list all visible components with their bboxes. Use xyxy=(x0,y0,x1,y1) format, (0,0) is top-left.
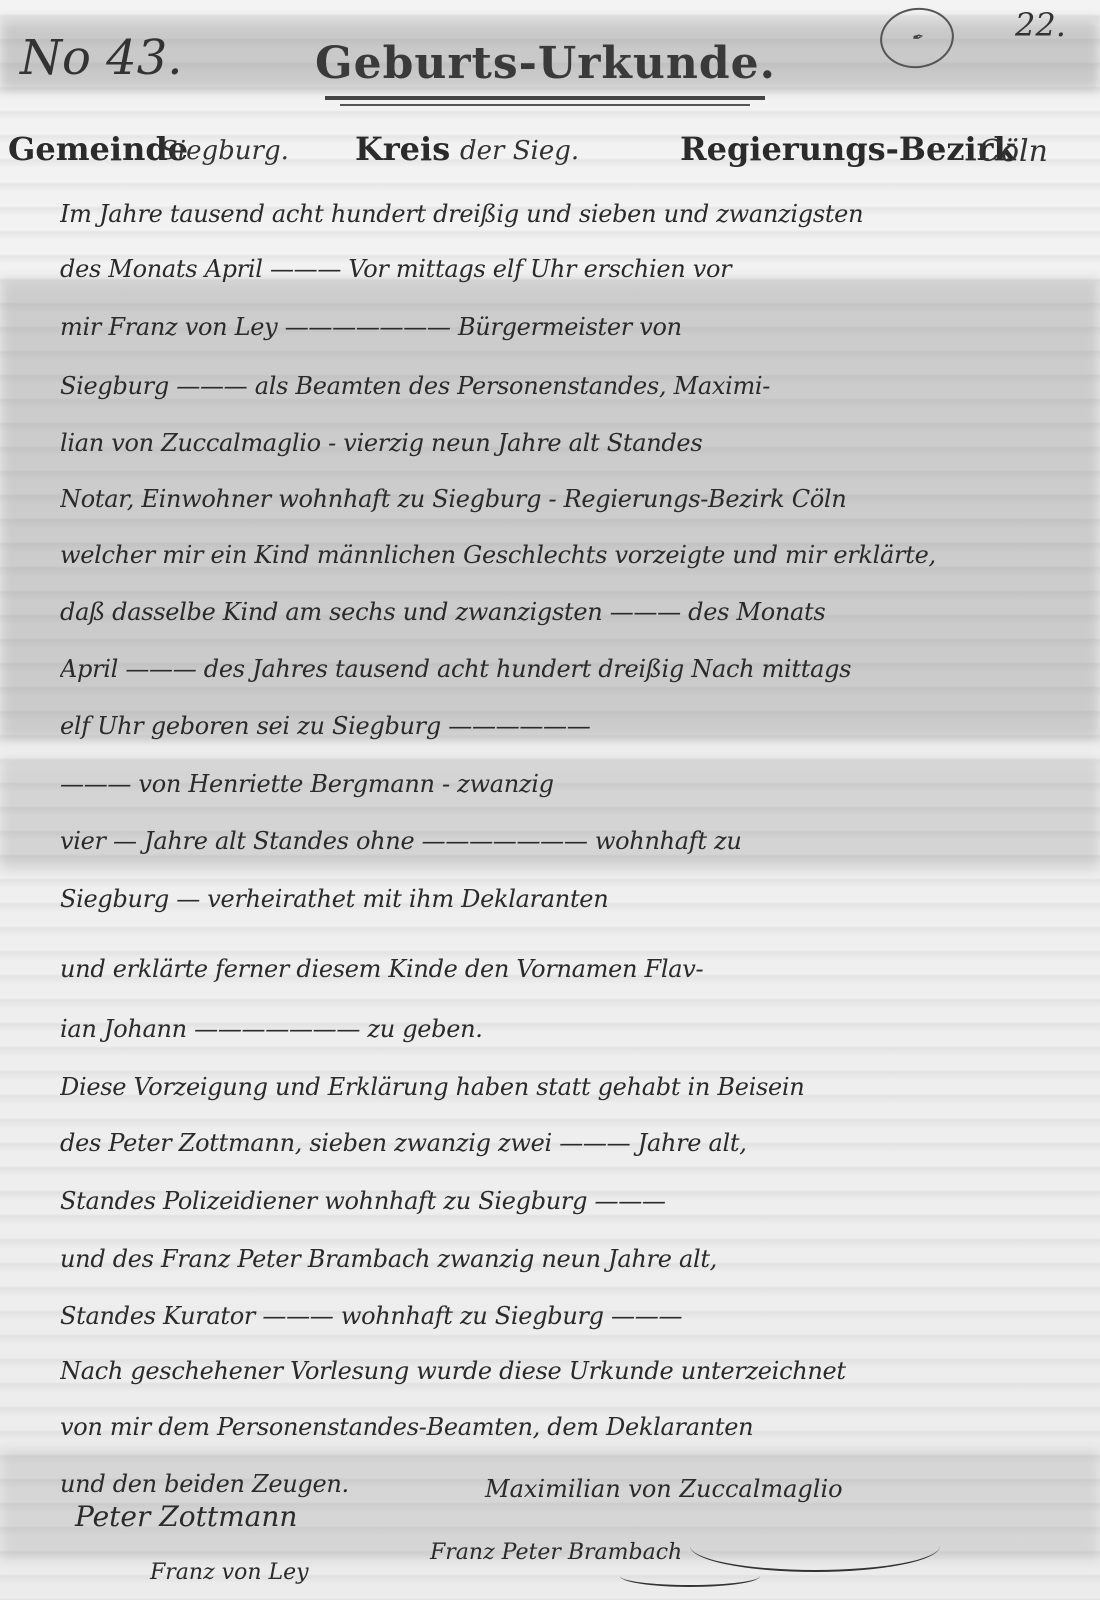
body-line: Diese Vorzeigung und Erklärung haben sta… xyxy=(60,1073,1050,1101)
body-line: Siegburg — verheirathet mit ihm Deklaran… xyxy=(60,885,1050,913)
body-line: lian von Zuccalmaglio - vierzig neun Jah… xyxy=(60,429,1050,457)
kreis-label: Kreis xyxy=(355,130,450,168)
header-fields: Gemeinde Siegburg. Kreis der Sieg. Regie… xyxy=(0,130,1100,190)
signature-declarant: Maximilian von Zuccalmaglio xyxy=(485,1475,843,1503)
birth-certificate-page: No 43. Geburts-Urkunde. ✒ 22. Gemeinde S… xyxy=(0,0,1100,1600)
signature-flourish xyxy=(690,1520,940,1572)
body-line: ——— von Henriette Bergmann - zwanzig xyxy=(60,770,1050,798)
kreis-value: der Sieg. xyxy=(460,136,579,166)
regierungs-bezirk-value: Cöln xyxy=(978,134,1048,169)
body-line: welcher mir ein Kind männlichen Geschlec… xyxy=(60,541,1050,569)
page-number: 22. xyxy=(1015,6,1066,44)
body-line: Nach geschehener Vorlesung wurde diese U… xyxy=(60,1357,1050,1385)
body-line: Notar, Einwohner wohnhaft zu Siegburg - … xyxy=(60,485,1050,513)
body-line: und des Franz Peter Brambach zwanzig neu… xyxy=(60,1245,1050,1273)
signature-witness-1: Peter Zottmann xyxy=(75,1500,297,1533)
signature-witness-2: Franz Peter Brambach xyxy=(430,1540,682,1565)
certificate-number: No 43. xyxy=(20,30,183,86)
body-line: mir Franz von Ley ——————— Bürgermeister … xyxy=(60,313,1050,341)
body-line: Im Jahre tausend acht hundert dreißig un… xyxy=(60,200,1050,228)
body-line: ian Johann ——————— zu geben. xyxy=(60,1015,1050,1043)
body-line: elf Uhr geboren sei zu Siegburg —————— xyxy=(60,712,1050,740)
body-line: Siegburg ——— als Beamten des Personensta… xyxy=(60,372,1050,400)
body-line: Standes Polizeidiener wohnhaft zu Siegbu… xyxy=(60,1187,1050,1215)
body-line: des Monats April ——— Vor mittags elf Uhr… xyxy=(60,255,1050,283)
signature-registrar: Franz von Ley xyxy=(150,1560,309,1585)
body-line: Standes Kurator ——— wohnhaft zu Siegburg… xyxy=(60,1302,1050,1330)
title-underline xyxy=(325,96,765,100)
body-line: von mir dem Personenstandes-Beamten, dem… xyxy=(60,1413,1050,1441)
body-line: vier — Jahre alt Standes ohne ——————— wo… xyxy=(60,827,1050,855)
body-line: und erklärte ferner diesem Kinde den Vor… xyxy=(60,955,1050,983)
body-line: April ——— des Jahres tausend acht hunder… xyxy=(60,655,1050,683)
title-underline xyxy=(340,104,750,106)
body-line: daß dasselbe Kind am sechs und zwanzigst… xyxy=(60,598,1050,626)
gemeinde-value: Siegburg. xyxy=(160,136,289,166)
body-line: des Peter Zottmann, sieben zwanzig zwei … xyxy=(60,1129,1050,1157)
document-title: Geburts-Urkunde. xyxy=(315,38,776,89)
signature-flourish xyxy=(620,1565,760,1587)
regierungs-bezirk-label: Regierungs-Bezirk xyxy=(680,130,1016,168)
